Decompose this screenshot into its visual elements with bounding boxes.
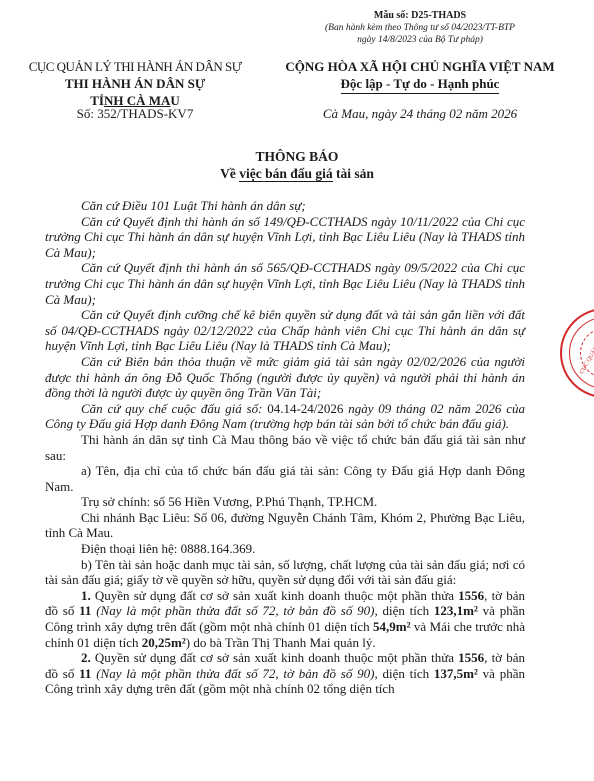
place-date: Cà Mau, ngày 24 tháng 02 năm 2026 [255,106,585,122]
title-subtitle: Về việc bán đấu giá tài sản [0,165,594,182]
agency-parent: CỤC QUẢN LÝ THI HÀNH ÁN DÂN SỰ [15,58,255,75]
intro-paragraph: Thi hành án dân sự tỉnh Cà Mau thông báo… [45,432,525,463]
form-note: (Ban hành kèm theo Thông tư số 04/2023/T… [280,22,560,46]
country-name: CỘNG HÒA XÃ HỘI CHỦ NGHĨA VIỆT NAM [255,58,585,75]
item-area: 123,1m² [434,603,478,618]
item-text: ) do bà Trần Thị Thanh Mai quản lý. [186,635,376,650]
item-text: , diện tích [374,603,433,618]
legal-basis: Căn cứ Quyết định thi hành án số 149/QĐ-… [45,214,525,261]
national-header: CỘNG HÒA XÃ HỘI CHỦ NGHĨA VIỆT NAM Độc l… [255,58,585,94]
section-b-heading: b) Tên tài sản hoặc danh mục tài sản, số… [45,557,525,588]
section-a-head-office: Trụ sở chính: số 56 Hiền Vương, P.Phú Th… [45,494,525,510]
auction-prefix: Căn cứ quy chế cuộc đấu giá số: [81,401,267,416]
form-note-line2: ngày 14/8/2023 của Bộ Tư pháp) [280,34,560,46]
subtitle-suffix: tài sản [333,166,374,181]
stamp-text: CỤC QUẢN LÝ THI HÀNH [579,311,594,375]
section-a-org: a) Tên, địa chỉ của tổ chức bán đấu giá … [45,463,525,494]
issuing-agency: CỤC QUẢN LÝ THI HÀNH ÁN DÂN SỰ THI HÀNH … [15,58,255,109]
item-house-area: 54,9m² [373,619,410,634]
asset-item-2: 2. Quyền sử dụng đất cơ sở sản xuất kinh… [45,650,525,697]
title-main: THÔNG BÁO [0,148,594,165]
auction-number: 04.14-24/2026 [267,401,343,416]
legal-basis-auction: Căn cứ quy chế cuộc đấu giá số: 04.14-24… [45,401,525,432]
item-number: 2. [81,650,91,665]
item-roof-area: 20,25m² [142,635,186,650]
item-map: 11 [79,603,91,618]
section-a-phone: Điện thoại liên hệ: 0888.164.369. [45,541,525,557]
item-note: (Nay là một phần thửa đất số 72, tờ bản … [91,666,374,681]
form-number: Mẫu số: D25-THADS [320,10,520,21]
document-number: Số: 352/THADS-KV7 [15,106,255,122]
legal-basis: Căn cứ Quyết định cưỡng chế kê biên quyề… [45,307,525,354]
item-text: , diện tích [374,666,433,681]
item-number: 1. [81,588,91,603]
item-plot: 1556 [458,588,484,603]
section-a-branch: Chi nhánh Bạc Liêu: Số 06, đường Nguyễn … [45,510,525,541]
item-text: Quyền sử dụng đất cơ sở sản xuất kinh do… [91,588,458,603]
asset-item-1: 1. Quyền sử dụng đất cơ sở sản xuất kinh… [45,588,525,650]
item-plot: 1556 [458,650,484,665]
document-title: THÔNG BÁO Về việc bán đấu giá tài sản [0,148,594,182]
legal-basis: Căn cứ Điều 101 Luật Thi hành án dân sự; [45,198,525,214]
national-motto: Độc lập - Tự do - Hạnh phúc [341,75,500,94]
document-body: Căn cứ Điều 101 Luật Thi hành án dân sự;… [45,198,525,697]
subtitle-underlined: việc bán đấu giá [239,166,332,182]
item-text: Quyền sử dụng đất cơ sở sản xuất kinh do… [91,650,458,665]
auction-date: ngày 09 tháng 02 năm 2026 [343,401,501,416]
item-note: (Nay là một phần thửa đất số 72, tờ bản … [91,603,374,618]
legal-basis: Căn cứ Quyết định thi hành án số 565/QĐ-… [45,260,525,307]
subtitle-prefix: Về [220,166,239,181]
item-area: 137,5m² [434,666,478,681]
red-seal-stamp: CỤC QUẢN LÝ THI HÀNH [560,308,594,398]
auction-suffix: (trường hợp bán tài sản bởi tổ chức bán … [250,416,509,431]
item-map: 11 [79,666,91,681]
form-note-line1: (Ban hành kèm theo Thông tư số 04/2023/T… [280,22,560,34]
legal-basis: Căn cứ Biên bản thỏa thuận về mức giảm g… [45,354,525,401]
agency-name: THI HÀNH ÁN DÂN SỰ [15,75,255,92]
